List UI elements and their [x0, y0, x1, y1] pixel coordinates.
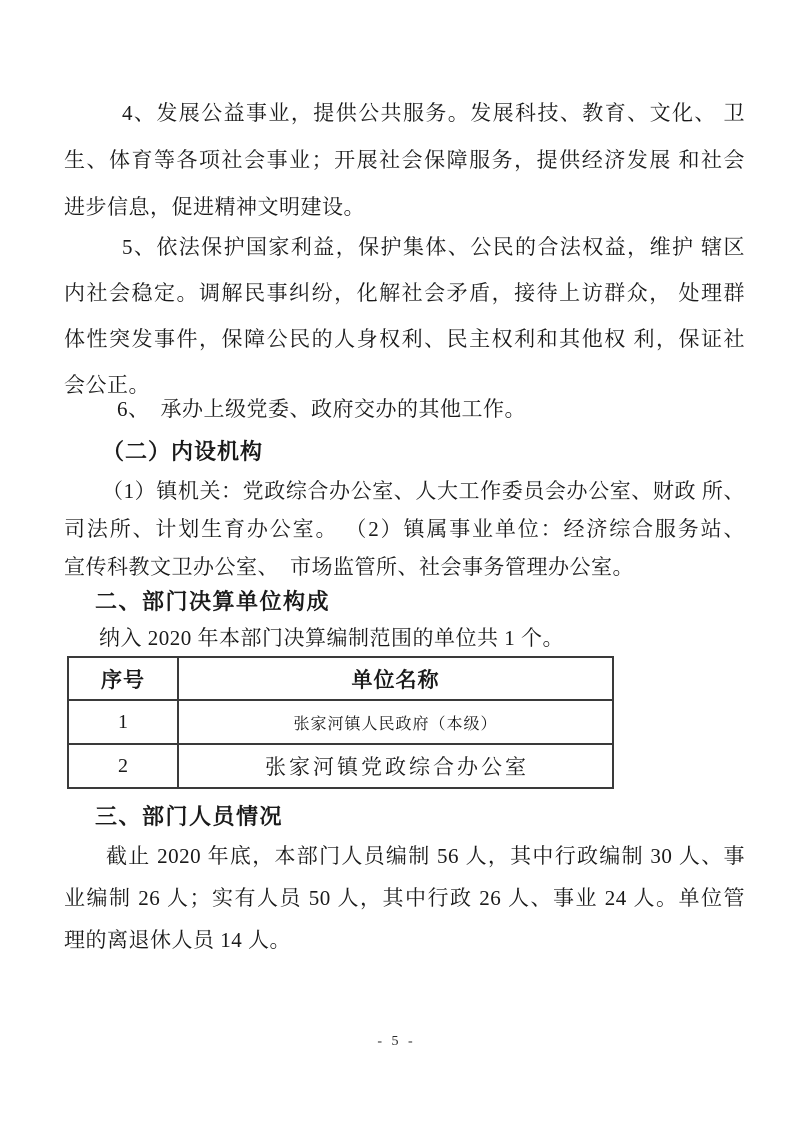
cell-serial: 1 — [68, 700, 178, 744]
text-line: 司法所、计划生育办公室。 （2）镇属事业单位：经济综合服务站、 — [64, 510, 745, 548]
heading-personnel: 三、部门人员情况 — [64, 803, 745, 831]
table-row: 2 张家河镇党政综合办公室 — [68, 744, 613, 788]
text-line: 纳入 2020 年本部门决算编制范围的单位共 1 个。 — [64, 625, 745, 652]
column-header-serial: 序号 — [68, 657, 178, 700]
units-table: 序号 单位名称 1 张家河镇人民政府（本级） 2 张家河镇党政综合办公室 — [67, 656, 614, 789]
page-number: - 5 - — [0, 1034, 793, 1050]
paragraph-duty-6: 6、 承办上级党委、政府交办的其他工作。 — [64, 396, 745, 423]
table-row: 1 张家河镇人民政府（本级） — [68, 700, 613, 744]
text-line: 理的离退休人员 14 人。 — [64, 919, 745, 961]
text-line: 4、发展公益事业，提供公共服务。发展科技、教育、文化、 卫 — [64, 90, 745, 137]
paragraph-duty-4: 4、发展公益事业，提供公共服务。发展科技、教育、文化、 卫 生、体育等各项社会事… — [64, 90, 745, 231]
text-line: 业编制 26 人；实有人员 50 人，其中行政 26 人、事业 24 人。单位管 — [64, 877, 745, 919]
section-heading: 三、部门人员情况 — [64, 803, 745, 831]
text-line: 6、 承办上级党委、政府交办的其他工作。 — [64, 396, 745, 423]
heading-unit-composition: 二、部门决算单位构成 — [64, 588, 745, 616]
text-line: 体性突发事件，保障公民的人身权利、民主权利和其他权 利，保证社 — [64, 316, 745, 362]
text-line: 宣传科教文卫办公室、 市场监管所、社会事务管理办公室。 — [64, 548, 745, 586]
text-line: 生、体育等各项社会事业；开展社会保障服务，提供经济发展 和社会 — [64, 137, 745, 184]
paragraph-personnel: 截止 2020 年底，本部门人员编制 56 人，其中行政编制 30 人、事 业编… — [64, 835, 745, 961]
cell-unit-name: 张家河镇党政综合办公室 — [178, 744, 613, 788]
cell-unit-name: 张家河镇人民政府（本级） — [178, 700, 613, 744]
text-line: 截止 2020 年底，本部门人员编制 56 人，其中行政编制 30 人、事 — [64, 835, 745, 877]
paragraph-internal-organs-detail: （1）镇机关：党政综合办公室、人大工作委员会办公室、财政 所、 司法所、计划生育… — [64, 472, 745, 586]
document-page: 4、发展公益事业，提供公共服务。发展科技、教育、文化、 卫 生、体育等各项社会事… — [0, 0, 793, 1122]
heading-internal-organs: （二）内设机构 — [64, 438, 745, 466]
text-line: 5、依法保护国家利益，保护集体、公民的合法权益，维护 辖区 — [64, 224, 745, 270]
cell-serial: 2 — [68, 744, 178, 788]
table-header-row: 序号 单位名称 — [68, 657, 613, 700]
section-heading: （二）内设机构 — [64, 438, 745, 466]
text-line: 内社会稳定。调解民事纠纷，化解社会矛盾，接待上访群众， 处理群 — [64, 270, 745, 316]
text-line: （1）镇机关：党政综合办公室、人大工作委员会办公室、财政 所、 — [64, 472, 745, 510]
paragraph-unit-scope: 纳入 2020 年本部门决算编制范围的单位共 1 个。 — [64, 625, 745, 652]
section-heading: 二、部门决算单位构成 — [64, 588, 745, 616]
paragraph-duty-5: 5、依法保护国家利益，保护集体、公民的合法权益，维护 辖区 内社会稳定。调解民事… — [64, 224, 745, 408]
column-header-unit-name: 单位名称 — [178, 657, 613, 700]
